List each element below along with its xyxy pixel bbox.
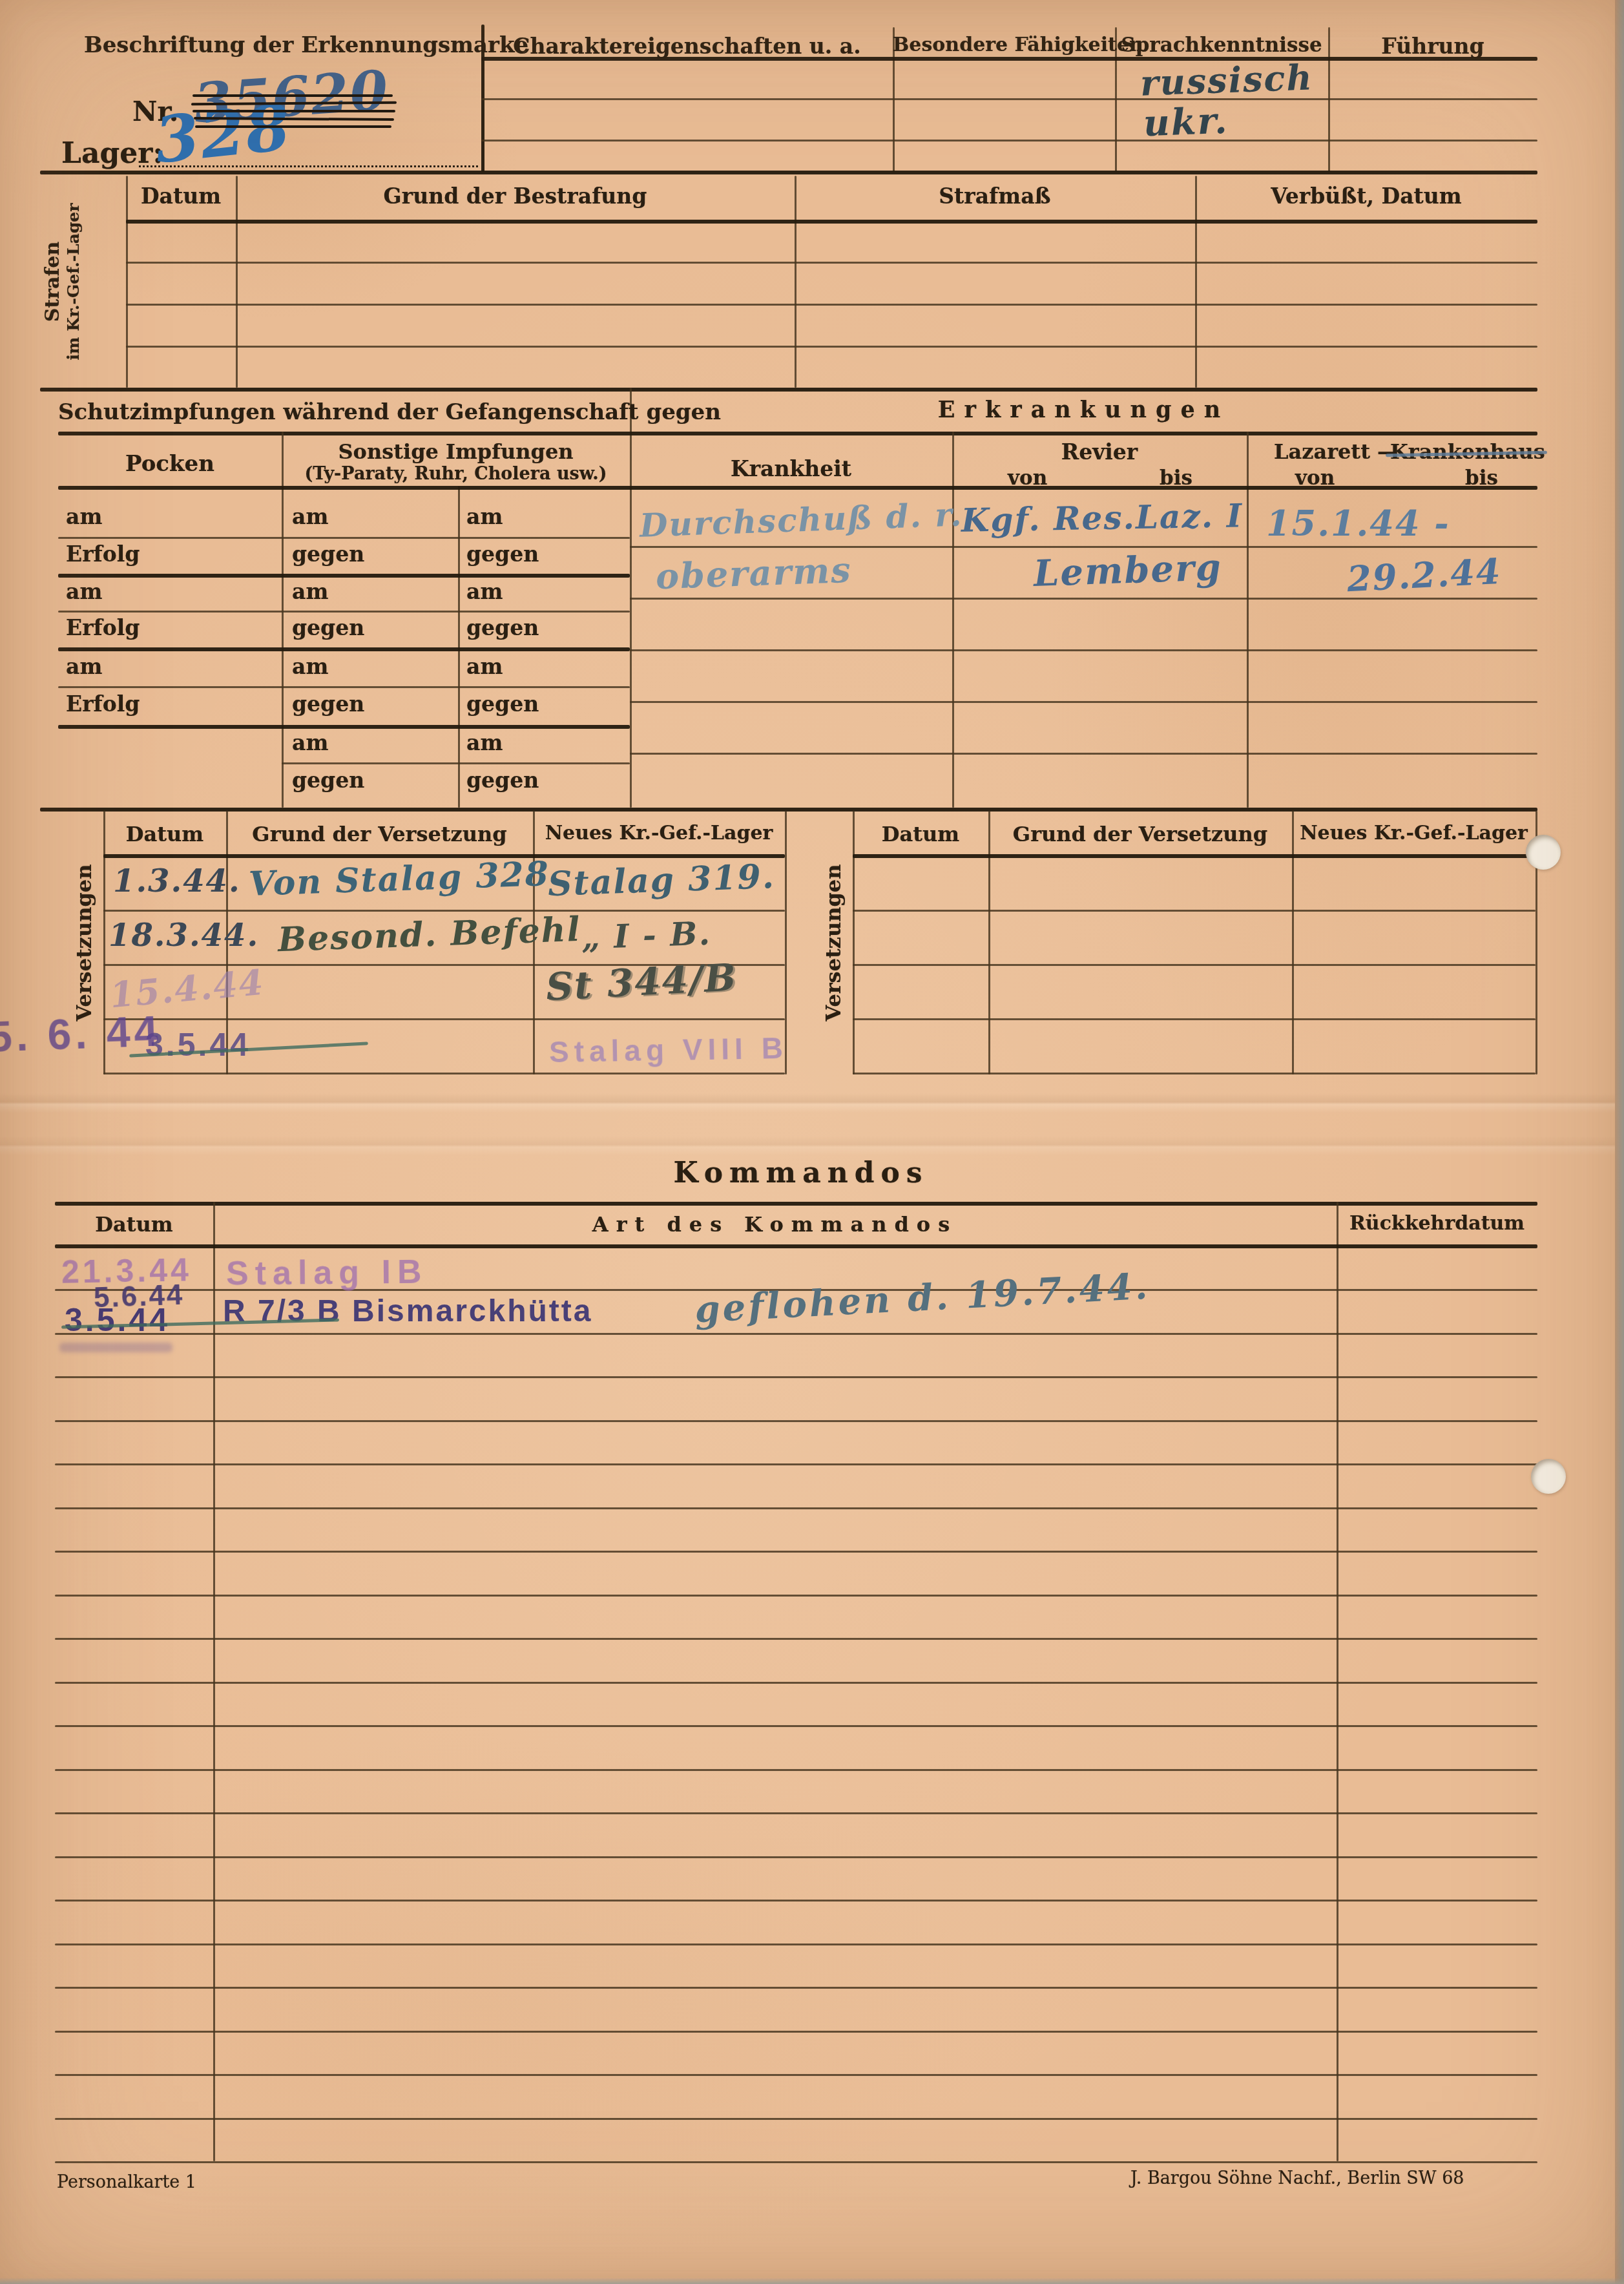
divider <box>1292 811 1294 1074</box>
versetzung-row2-grund: Besond. Befehl <box>277 910 581 959</box>
section-rule <box>40 388 1537 392</box>
rule <box>630 701 1537 703</box>
erkrankungen-title: Erkrankungen <box>630 397 1537 423</box>
rule <box>55 1812 1537 1814</box>
strafen-side-line2: im Kr.-Gef.-Lager <box>64 172 83 392</box>
divider <box>458 486 460 808</box>
krankheit-entry-line2: oberarms <box>655 549 853 598</box>
revier-entry-line1: Kgf. Res.Laz. I <box>961 496 1244 540</box>
strafen-h-verbuesst: Verbüßt, Datum <box>1195 183 1537 209</box>
nr-strike-line <box>195 125 391 128</box>
rule <box>55 1202 1537 1206</box>
versetzung-row2-datum: 18.3.44. <box>109 917 259 954</box>
versetzung-row1-neues: Stalag 319. <box>547 857 776 904</box>
strafen-h-datum: Datum <box>126 183 236 209</box>
rule <box>282 762 630 764</box>
rule <box>630 598 1537 600</box>
col-besondere-faehigkeiten: Besondere Fähigkeiten <box>893 34 1115 56</box>
strafen-h-strafmass: Strafmaß <box>795 183 1195 209</box>
rule <box>55 2074 1537 2076</box>
rule <box>58 647 630 651</box>
rule <box>630 753 1537 755</box>
fold-crease <box>0 1136 1624 1155</box>
impfungen-title: Schutzimpfungen während der Gefangenscha… <box>58 399 630 425</box>
gegen-label: gegen <box>292 541 364 567</box>
footer-form-name: Personalkarte 1 <box>57 2172 196 2192</box>
am-label: am <box>466 504 503 529</box>
fold-crease <box>0 1093 1624 1113</box>
rule <box>481 98 1537 100</box>
rule <box>55 1725 1537 1727</box>
col-sprachkenntnisse: Sprachkenntnisse <box>1115 34 1328 57</box>
rule <box>55 1376 1537 1378</box>
versetzungen-h-neues: Neues Kr.-Gef.-Lager <box>1292 822 1536 844</box>
faint-stamp-smudge <box>59 1343 172 1352</box>
rule <box>55 1551 1537 1553</box>
rule <box>55 1638 1537 1640</box>
rule <box>126 346 1537 348</box>
sprache-ukr-handwritten: ukr. <box>1143 100 1229 145</box>
rule <box>126 304 1537 306</box>
kommandos-h-datum: Datum <box>55 1212 213 1237</box>
rule <box>853 854 1536 858</box>
versetzung-row3-neues: St 344/B <box>545 955 738 1009</box>
col-pocken: Pocken <box>58 451 282 477</box>
kommandos-h-art: Art des Kommandos <box>213 1212 1337 1237</box>
rule <box>853 1073 1536 1074</box>
am-label: am <box>66 654 102 679</box>
erfolg-label: Erfolg <box>66 615 140 640</box>
lazarett-von-entry: 15.1.44 - <box>1266 503 1450 544</box>
rule <box>103 910 785 912</box>
kommando-row1-art-stamp: Stalag IB <box>226 1253 428 1294</box>
am-label: am <box>292 579 328 604</box>
rule <box>55 2118 1537 2120</box>
lazarett-von: von <box>1295 466 1335 490</box>
id-block-title: Beschriftung der Erkennungsmarke <box>84 32 459 58</box>
scan-edge-bottom <box>0 2278 1624 2284</box>
gegen-label: gegen <box>466 768 539 793</box>
footer-printer-imprint: J. Bargou Söhne Nachf., Berlin SW 68 <box>1130 2168 1460 2188</box>
strafen-h-grund: Grund der Bestrafung <box>236 183 795 209</box>
gegen-label: gegen <box>292 768 364 793</box>
rule <box>55 1856 1537 1858</box>
versetzung-row1-datum: 1.3.44. <box>113 863 241 899</box>
versetzung-margin-date-stamp: 5. 6. 44 <box>0 1006 162 1061</box>
gegen-label: gegen <box>292 615 364 640</box>
versetzungen-h-datum: Datum <box>853 822 988 846</box>
rule <box>55 1682 1537 1684</box>
rule <box>55 2161 1537 2163</box>
rule <box>55 1900 1537 1902</box>
nr-strike-line <box>193 110 395 112</box>
kommando-row2-datum-stamp: 3.5.44 <box>65 1301 170 1339</box>
rule <box>58 611 630 613</box>
am-label: am <box>466 579 503 604</box>
rule <box>58 686 630 688</box>
am-label: am <box>292 730 328 755</box>
rule <box>55 1244 1537 1248</box>
col-lazarett: Lazarett — <box>1274 439 1398 464</box>
am-label: am <box>292 504 328 529</box>
rule <box>55 1507 1537 1509</box>
rule <box>853 1018 1536 1020</box>
rule <box>103 1073 785 1074</box>
rule <box>58 432 1537 435</box>
revier-von: von <box>1008 466 1047 490</box>
gegen-label: gegen <box>466 541 539 567</box>
hole-punch <box>1531 1459 1566 1494</box>
rule <box>630 649 1537 651</box>
lazarett-bis-entry: 29.2.44 <box>1346 550 1502 600</box>
personalkarte-back-page: Beschriftung der Erkennungsmarke Nr. 356… <box>0 0 1624 2284</box>
rule <box>58 725 630 729</box>
col-krankheit: Krankheit <box>630 456 952 481</box>
rule <box>58 537 630 539</box>
rule <box>55 1333 1537 1335</box>
rule <box>55 2031 1537 2033</box>
gegen-label: gegen <box>466 615 539 640</box>
rule <box>55 1769 1537 1771</box>
gegen-label: gegen <box>292 691 364 717</box>
rule <box>58 574 630 578</box>
am-label: am <box>66 579 102 604</box>
rule <box>853 910 1536 912</box>
versetzungen-h-grund: Grund der Versetzung <box>226 822 533 846</box>
divider <box>988 811 990 1074</box>
section-rule <box>40 808 1537 812</box>
hole-punch <box>1526 835 1561 870</box>
rule <box>55 1420 1537 1422</box>
am-label: am <box>292 654 328 679</box>
kommando-row2-art-stamp: R 7/3 B Bismarckhütta <box>223 1294 593 1329</box>
versetzungen-h-neues: Neues Kr.-Gef.-Lager <box>533 822 785 844</box>
lager-label: Lager: <box>61 137 163 170</box>
rule <box>55 1987 1537 1989</box>
sprache-russisch-handwritten: russisch <box>1140 56 1314 103</box>
versetzungen-side-text: Versetzungen <box>821 826 846 1059</box>
rule <box>55 1463 1537 1465</box>
gegen-label: gegen <box>466 691 539 717</box>
versetzung-row1-grund: Von Stalag 328 <box>248 854 550 904</box>
am-label: am <box>466 654 503 679</box>
rule <box>55 1595 1537 1597</box>
section-rule <box>40 171 1537 174</box>
col-revier: Revier <box>952 439 1247 465</box>
rule <box>630 546 1537 548</box>
versetzung-row2-neues: „ I - B. <box>581 914 712 957</box>
versetzungen-side-label-right: Versetzungen <box>821 826 848 1059</box>
revier-bis: bis <box>1160 466 1192 490</box>
rule <box>126 262 1537 264</box>
revier-entry-line2: Lemberg <box>1033 546 1223 595</box>
rule <box>853 964 1536 966</box>
erfolg-label: Erfolg <box>66 541 140 567</box>
col-sonstige-impfungen: Sonstige Impfungen <box>282 439 630 464</box>
col-fuehrung: Führung <box>1328 34 1537 59</box>
krankheit-entry-line1: Durchschuß d. r. <box>639 495 963 544</box>
col-sonstige-impfungen-sub: (Ty-Paraty, Ruhr, Cholera usw.) <box>282 464 630 484</box>
strafen-side-line1: Strafen <box>41 172 64 392</box>
kommandos-h-rueckkehr: Rückkehrdatum <box>1337 1212 1537 1235</box>
versetzungen-h-datum: Datum <box>103 822 226 846</box>
nr-strike-line <box>193 94 393 97</box>
scan-edge-right <box>1615 0 1624 2284</box>
am-label: am <box>66 504 102 529</box>
rule <box>103 1018 785 1020</box>
divider <box>853 811 855 1074</box>
erfolg-label: Erfolg <box>66 691 140 717</box>
kommando-row2-note-handwritten: geflohen d. 19.7.44. <box>694 1265 1151 1332</box>
lazarett-bis: bis <box>1465 466 1498 490</box>
am-label: am <box>466 730 503 755</box>
strafen-side-label: Strafen im Kr.-Gef.-Lager <box>41 172 83 392</box>
col-charaktereigenschaften: Charaktereigenschaften u. a. <box>481 34 893 59</box>
rule <box>55 1943 1537 1945</box>
rule <box>126 220 1537 224</box>
kommandos-title: Kommandos <box>620 1157 982 1189</box>
versetzungen-h-grund: Grund der Versetzung <box>988 822 1292 846</box>
versetzung-row4-neues-stamp: Stalag VIII B <box>549 1031 789 1069</box>
rule <box>481 140 1537 141</box>
